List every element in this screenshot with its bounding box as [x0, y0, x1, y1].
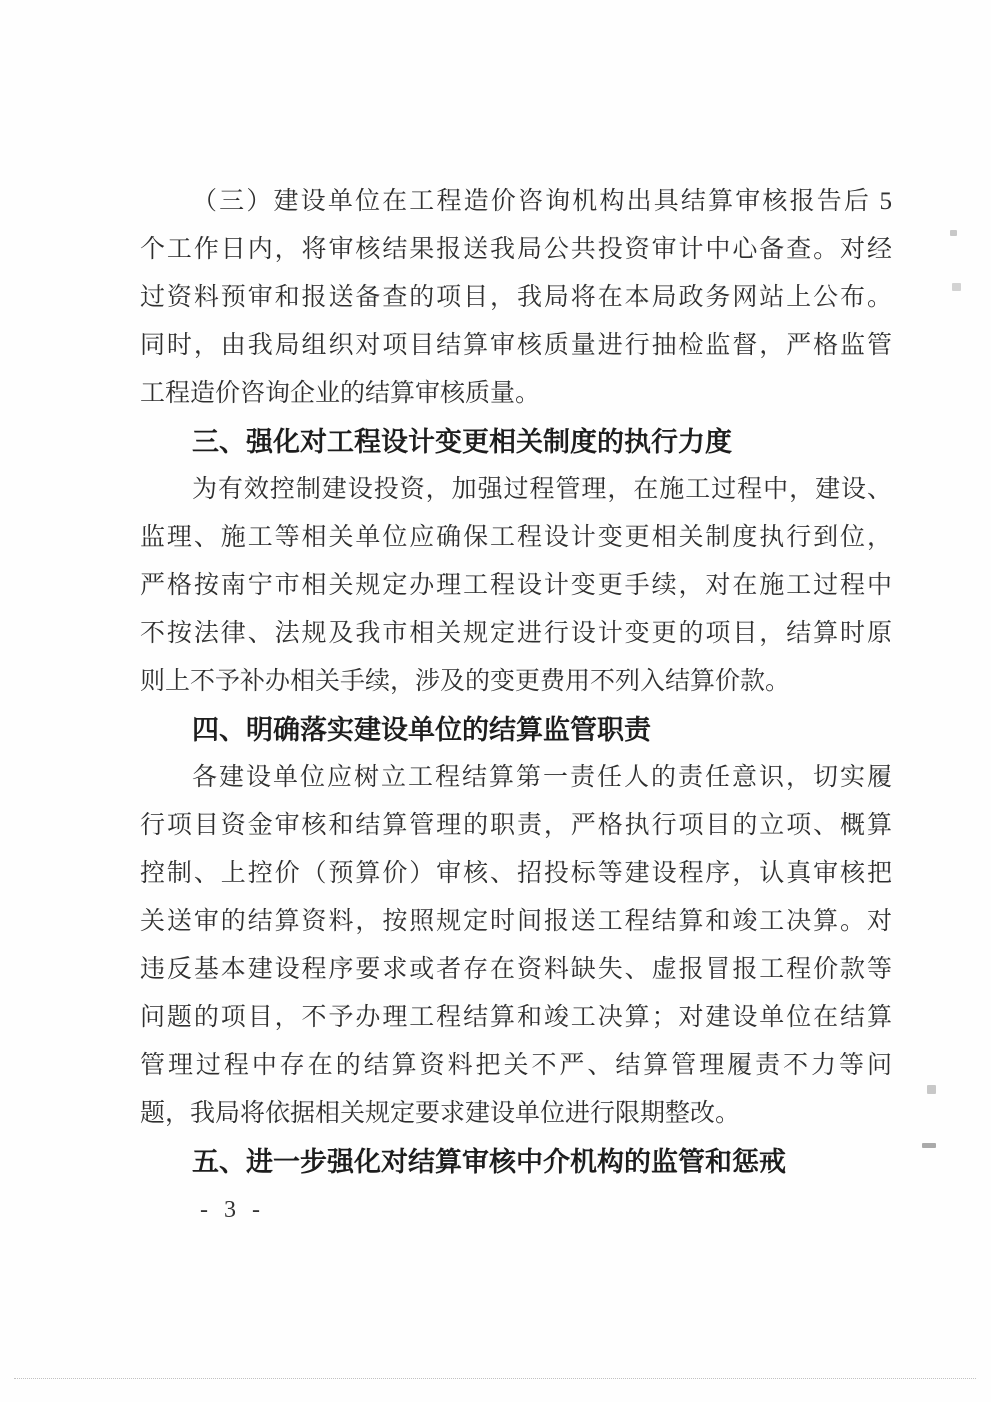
text-line: 违反基本建设程序要求或者存在资料缺失、虚报冒报工程价款等	[140, 946, 892, 994]
text-line: 关送审的结算资料，按照规定时间报送工程结算和竣工决算。对	[140, 898, 892, 946]
text-line: 工程造价咨询企业的结算审核质量。	[140, 370, 892, 418]
document-body: （三）建设单位在工程造价咨询机构出具结算审核报告后 5个工作日内，将审核结果报送…	[140, 178, 892, 1186]
paragraph-section-4-body: 各建设单位应树立工程结算第一责任人的责任意识，切实履行项目资金审核和结算管理的职…	[140, 754, 892, 1138]
scan-speck	[922, 1143, 936, 1148]
text-line: 监理、施工等相关单位应确保工程设计变更相关制度执行到位，	[140, 514, 892, 562]
text-line: 则上不予补办相关手续，涉及的变更费用不列入结算价款。	[140, 658, 892, 706]
text-line: 不按法律、法规及我市相关规定进行设计变更的项目，结算时原	[140, 610, 892, 658]
heading-section-4: 四、明确落实建设单位的结算监管职责	[140, 706, 892, 754]
text-line: 行项目资金审核和结算管理的职责，严格执行项目的立项、概算	[140, 802, 892, 850]
text-line: 个工作日内，将审核结果报送我局公共投资审计中心备查。对经	[140, 226, 892, 274]
text-line: 严格按南宁市相关规定办理工程设计变更手续，对在施工过程中	[140, 562, 892, 610]
scan-speck	[952, 283, 961, 291]
paragraph-item-3: （三）建设单位在工程造价咨询机构出具结算审核报告后 5个工作日内，将审核结果报送…	[140, 178, 892, 418]
text-line: 问题的项目，不予办理工程结算和竣工决算；对建设单位在结算	[140, 994, 892, 1042]
text-line: 同时，由我局组织对项目结算审核质量进行抽检监督，严格监管	[140, 322, 892, 370]
text-line: 各建设单位应树立工程结算第一责任人的责任意识，切实履	[140, 754, 892, 802]
text-line: 过资料预审和报送备查的项目，我局将在本局政务网站上公布。	[140, 274, 892, 322]
text-line: 题，我局将依据相关规定要求建设单位进行限期整改。	[140, 1090, 892, 1138]
text-line: 管理过程中存在的结算资料把关不严、结算管理履责不力等问	[140, 1042, 892, 1090]
text-line: 为有效控制建设投资，加强过程管理，在施工过程中，建设、	[140, 466, 892, 514]
heading-section-3: 三、强化对工程设计变更相关制度的执行力度	[140, 418, 892, 466]
document-page: （三）建设单位在工程造价咨询机构出具结算审核报告后 5个工作日内，将审核结果报送…	[0, 0, 991, 1402]
heading-section-5: 五、进一步强化对结算审核中介机构的监管和惩戒	[140, 1138, 892, 1186]
text-line: 控制、上控价（预算价）审核、招投标等建设程序，认真审核把	[140, 850, 892, 898]
page-number: - 3 -	[200, 1195, 265, 1225]
scan-speck	[927, 1085, 936, 1094]
scan-speck	[950, 230, 957, 236]
scan-artifact-dotted-line	[14, 1378, 976, 1379]
paragraph-section-3-body: 为有效控制建设投资，加强过程管理，在施工过程中，建设、监理、施工等相关单位应确保…	[140, 466, 892, 706]
text-line: （三）建设单位在工程造价咨询机构出具结算审核报告后 5	[140, 178, 892, 226]
